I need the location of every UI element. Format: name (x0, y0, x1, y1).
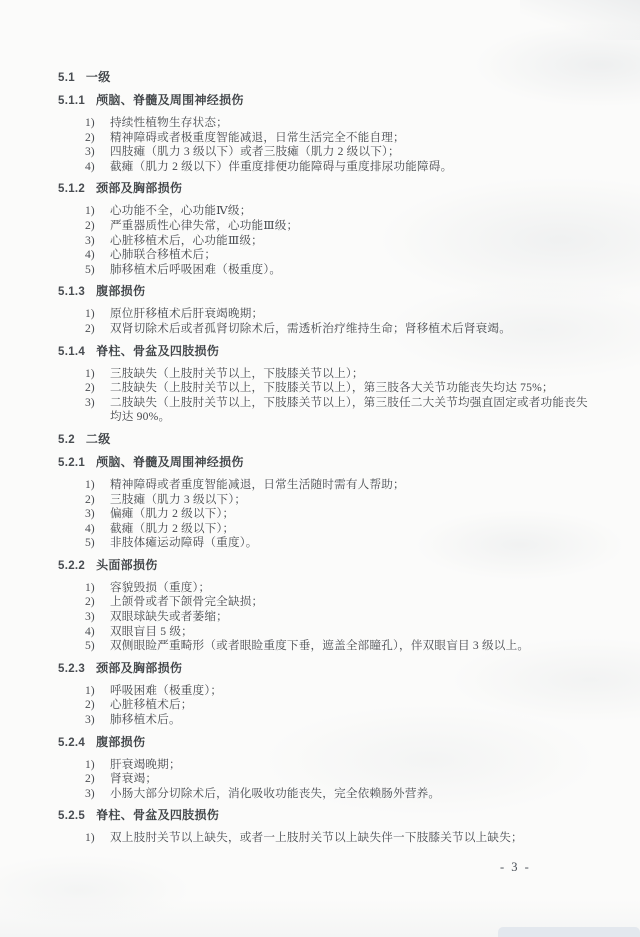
item-text: 双眼盲目 5 级； (110, 625, 588, 640)
subsection-number: 5.1.1 (58, 94, 85, 109)
list-item: 3) 肺移植术后。 (58, 713, 588, 728)
section-title: 一级 (86, 70, 111, 85)
list-item: 5) 双侧眼睑严重畸形（或者眼睑重度下垂，遮盖全部瞳孔），伴双眼盲目 3 级以上… (58, 639, 588, 654)
subsection-number: 5.2.4 (58, 736, 85, 751)
item-list: 1) 三肢缺失（上肢肘关节以上，下肢膝关节以上）； 2) 二肢缺失（上肢肘关节以… (58, 367, 588, 425)
list-item: 1) 原位肝移植术后肝衰竭晚期； (58, 307, 588, 322)
item-text: 肾衰竭； (110, 772, 588, 787)
subsection-heading: 5.2.2 头面部损伤 (58, 558, 588, 574)
item-number: 1) (85, 831, 110, 846)
item-number: 3) (85, 713, 110, 728)
list-item: 1) 三肢缺失（上肢肘关节以上，下肢膝关节以上）； (58, 367, 588, 382)
list-item: 4) 双眼盲目 5 级； (58, 625, 588, 640)
subsection-number: 5.2.2 (58, 559, 85, 574)
item-text: 上颌骨或者下颌骨完全缺损； (110, 595, 588, 610)
subsection-number: 5.2.3 (58, 662, 85, 677)
list-item: 3) 小肠大部分切除术后，消化吸收功能丧失，完全依赖肠外营养。 (58, 787, 588, 802)
item-number: 3) (85, 610, 110, 625)
subsection-title: 颅脑、脊髓及周围神经损伤 (96, 93, 244, 108)
subsection-title: 头面部损伤 (96, 558, 158, 573)
subsection-number: 5.2.5 (58, 809, 85, 824)
item-text: 二肢缺失（上肢肘关节以上，下肢膝关节以上），第三肢任二大关节均强直固定或者功能丧… (110, 396, 588, 425)
item-text: 精神障碍或者重度智能减退，日常生活随时需有人帮助； (110, 478, 588, 493)
subsection-title: 颅脑、脊髓及周围神经损伤 (96, 455, 244, 470)
item-text: 心功能不全，心功能Ⅳ级； (110, 204, 588, 219)
item-text: 精神障碍或者极重度智能减退，日常生活完全不能自理； (110, 131, 588, 146)
subsection-heading: 5.1.1 颅脑、脊髓及周围神经损伤 (58, 93, 588, 109)
item-list: 1) 精神障碍或者重度智能减退，日常生活随时需有人帮助； 2) 三肢瘫（肌力 3… (58, 478, 588, 551)
section-heading: 5.2 二级 (58, 432, 588, 448)
subsection-title: 腹部损伤 (96, 735, 145, 750)
list-item: 3) 偏瘫（肌力 2 级以下）； (58, 507, 588, 522)
item-number: 4) (85, 248, 110, 263)
list-item: 5) 肺移植术后呼吸困难（极重度）。 (58, 263, 588, 278)
item-list: 1) 原位肝移植术后肝衰竭晚期； 2) 双肾切除术后或者孤肾切除术后，需透析治疗… (58, 307, 588, 336)
list-item: 4) 截瘫（肌力 2 级以下）； (58, 522, 588, 537)
item-text: 心脏移植术后，心功能Ⅲ级； (110, 234, 588, 249)
item-number: 2) (85, 131, 110, 146)
item-text: 三肢瘫（肌力 3 级以下）； (110, 493, 588, 508)
item-text: 双侧眼睑严重畸形（或者眼睑重度下垂，遮盖全部瞳孔），伴双眼盲目 3 级以上。 (110, 639, 588, 654)
item-text: 肝衰竭晚期； (110, 758, 588, 773)
item-text: 双上肢肘关节以上缺失，或者一上肢肘关节以上缺失伴一下肢膝关节以上缺失； (110, 831, 588, 846)
list-item: 1) 精神障碍或者重度智能减退，日常生活随时需有人帮助； (58, 478, 588, 493)
item-text: 双肾切除术后或者孤肾切除术后，需透析治疗维持生命；肾移植术后肾衰竭。 (110, 322, 588, 337)
item-number: 2) (85, 219, 110, 234)
item-text: 严重器质性心律失常，心功能Ⅲ级； (110, 219, 588, 234)
list-item: 1) 呼吸困难（极重度）； (58, 684, 588, 699)
subsection-title: 颈部及胸部损伤 (96, 181, 182, 196)
subsection-heading: 5.1.4 脊柱、骨盆及四肢损伤 (58, 344, 588, 360)
item-list: 1) 呼吸困难（极重度）； 2) 心脏移植术后； 3) 肺移植术后。 (58, 684, 588, 728)
item-number: 3) (85, 396, 110, 411)
item-number: 4) (85, 160, 110, 175)
list-item: 3) 心脏移植术后，心功能Ⅲ级； (58, 234, 588, 249)
list-item: 4) 心肺联合移植术后； (58, 248, 588, 263)
item-text: 小肠大部分切除术后，消化吸收功能丧失，完全依赖肠外营养。 (110, 787, 588, 802)
scanned-document-page: 5.1 一级 5.1.1 颅脑、脊髓及周围神经损伤 1) 持续性植物生存状态； … (0, 0, 640, 937)
item-text: 双眼球缺失或者萎缩； (110, 610, 588, 625)
subsection-heading: 5.2.1 颅脑、脊髓及周围神经损伤 (58, 455, 588, 471)
item-text: 二肢缺失（上肢肘关节以上，下肢膝关节以上），第三肢各大关节功能丧失均达 75%； (110, 381, 588, 396)
subsection-number: 5.1.3 (58, 285, 85, 300)
list-item: 1) 容貌毁损（重度）； (58, 581, 588, 596)
item-text: 非肢体瘫运动障碍（重度）。 (110, 536, 588, 551)
section-title: 二级 (86, 432, 111, 447)
item-number: 2) (85, 381, 110, 396)
list-item: 2) 上颌骨或者下颌骨完全缺损； (58, 595, 588, 610)
item-number: 1) (85, 581, 110, 596)
item-text: 容貌毁损（重度）； (110, 581, 588, 596)
subsection-heading: 5.1.2 颈部及胸部损伤 (58, 181, 588, 197)
item-number: 2) (85, 595, 110, 610)
list-item: 3) 四肢瘫（肌力 3 级以下）或者三肢瘫（肌力 2 级以下）； (58, 145, 588, 160)
subsection-heading: 5.1.3 腹部损伤 (58, 284, 588, 300)
item-text: 呼吸困难（极重度）； (110, 684, 588, 699)
item-text: 持续性植物生存状态； (110, 116, 588, 131)
list-item: 2) 二肢缺失（上肢肘关节以上，下肢膝关节以上），第三肢各大关节功能丧失均达 7… (58, 381, 588, 396)
list-item: 2) 精神障碍或者极重度智能减退，日常生活完全不能自理； (58, 131, 588, 146)
item-number: 1) (85, 307, 110, 322)
subsection-heading: 5.2.5 脊柱、骨盆及四肢损伤 (58, 808, 588, 824)
subsection-number: 5.2.1 (58, 456, 85, 471)
subsection-title: 脊柱、骨盆及四肢损伤 (96, 808, 219, 823)
subsection-title: 颈部及胸部损伤 (96, 661, 182, 676)
list-item: 2) 严重器质性心律失常，心功能Ⅲ级； (58, 219, 588, 234)
item-list: 1) 持续性植物生存状态； 2) 精神障碍或者极重度智能减退，日常生活完全不能自… (58, 116, 588, 174)
item-text: 原位肝移植术后肝衰竭晚期； (110, 307, 588, 322)
item-text: 偏瘫（肌力 2 级以下）； (110, 507, 588, 522)
list-item: 3) 二肢缺失（上肢肘关节以上，下肢膝关节以上），第三肢任二大关节均强直固定或者… (58, 396, 588, 425)
subsection-title: 腹部损伤 (96, 284, 145, 299)
list-item: 2) 肾衰竭； (58, 772, 588, 787)
scan-edge-artifact (498, 927, 640, 937)
item-text: 截瘫（肌力 2 级以下）伴重度排便功能障碍与重度排尿功能障碍。 (110, 160, 588, 175)
document-body: 5.1 一级 5.1.1 颅脑、脊髓及周围神经损伤 1) 持续性植物生存状态； … (0, 0, 588, 846)
item-text: 肺移植术后。 (110, 713, 588, 728)
item-number: 1) (85, 478, 110, 493)
section-number: 5.1 (58, 71, 75, 86)
item-text: 四肢瘫（肌力 3 级以下）或者三肢瘫（肌力 2 级以下）； (110, 145, 588, 160)
list-item: 3) 双眼球缺失或者萎缩； (58, 610, 588, 625)
list-item: 2) 三肢瘫（肌力 3 级以下）； (58, 493, 588, 508)
item-number: 2) (85, 493, 110, 508)
item-number: 4) (85, 625, 110, 640)
item-number: 5) (85, 536, 110, 551)
list-item: 4) 截瘫（肌力 2 级以下）伴重度排便功能障碍与重度排尿功能障碍。 (58, 160, 588, 175)
item-list: 1) 容貌毁损（重度）； 2) 上颌骨或者下颌骨完全缺损； 3) 双眼球缺失或者… (58, 581, 588, 654)
item-number: 1) (85, 204, 110, 219)
item-number: 3) (85, 145, 110, 160)
list-item: 1) 心功能不全，心功能Ⅳ级； (58, 204, 588, 219)
item-number: 1) (85, 367, 110, 382)
item-number: 5) (85, 639, 110, 654)
item-list: 1) 肝衰竭晚期； 2) 肾衰竭； 3) 小肠大部分切除术后，消化吸收功能丧失，… (58, 758, 588, 802)
list-item: 2) 心脏移植术后； (58, 698, 588, 713)
page-number: - 3 - (500, 860, 531, 875)
item-text: 心肺联合移植术后； (110, 248, 588, 263)
item-number: 2) (85, 698, 110, 713)
item-number: 2) (85, 772, 110, 787)
list-item: 2) 双肾切除术后或者孤肾切除术后，需透析治疗维持生命；肾移植术后肾衰竭。 (58, 322, 588, 337)
item-number: 5) (85, 263, 110, 278)
item-list: 1) 双上肢肘关节以上缺失，或者一上肢肘关节以上缺失伴一下肢膝关节以上缺失； (58, 831, 588, 846)
item-text: 截瘫（肌力 2 级以下）； (110, 522, 588, 537)
subsection-heading: 5.2.3 颈部及胸部损伤 (58, 661, 588, 677)
subsection-heading: 5.2.4 腹部损伤 (58, 735, 588, 751)
item-number: 4) (85, 522, 110, 537)
list-item: 1) 双上肢肘关节以上缺失，或者一上肢肘关节以上缺失伴一下肢膝关节以上缺失； (58, 831, 588, 846)
item-number: 1) (85, 684, 110, 699)
list-item: 5) 非肢体瘫运动障碍（重度）。 (58, 536, 588, 551)
item-number: 3) (85, 507, 110, 522)
list-item: 1) 肝衰竭晚期； (58, 758, 588, 773)
section-heading: 5.1 一级 (58, 70, 588, 86)
item-list: 1) 心功能不全，心功能Ⅳ级； 2) 严重器质性心律失常，心功能Ⅲ级； 3) 心… (58, 204, 588, 277)
section-number: 5.2 (58, 433, 75, 448)
list-item: 1) 持续性植物生存状态； (58, 116, 588, 131)
item-number: 1) (85, 758, 110, 773)
item-number: 3) (85, 234, 110, 249)
item-text: 心脏移植术后； (110, 698, 588, 713)
subsection-title: 脊柱、骨盆及四肢损伤 (96, 344, 219, 359)
item-number: 1) (85, 116, 110, 131)
item-number: 2) (85, 322, 110, 337)
item-text: 三肢缺失（上肢肘关节以上，下肢膝关节以上）； (110, 367, 588, 382)
item-text: 肺移植术后呼吸困难（极重度）。 (110, 263, 588, 278)
subsection-number: 5.1.2 (58, 182, 85, 197)
subsection-number: 5.1.4 (58, 345, 85, 360)
item-number: 3) (85, 787, 110, 802)
